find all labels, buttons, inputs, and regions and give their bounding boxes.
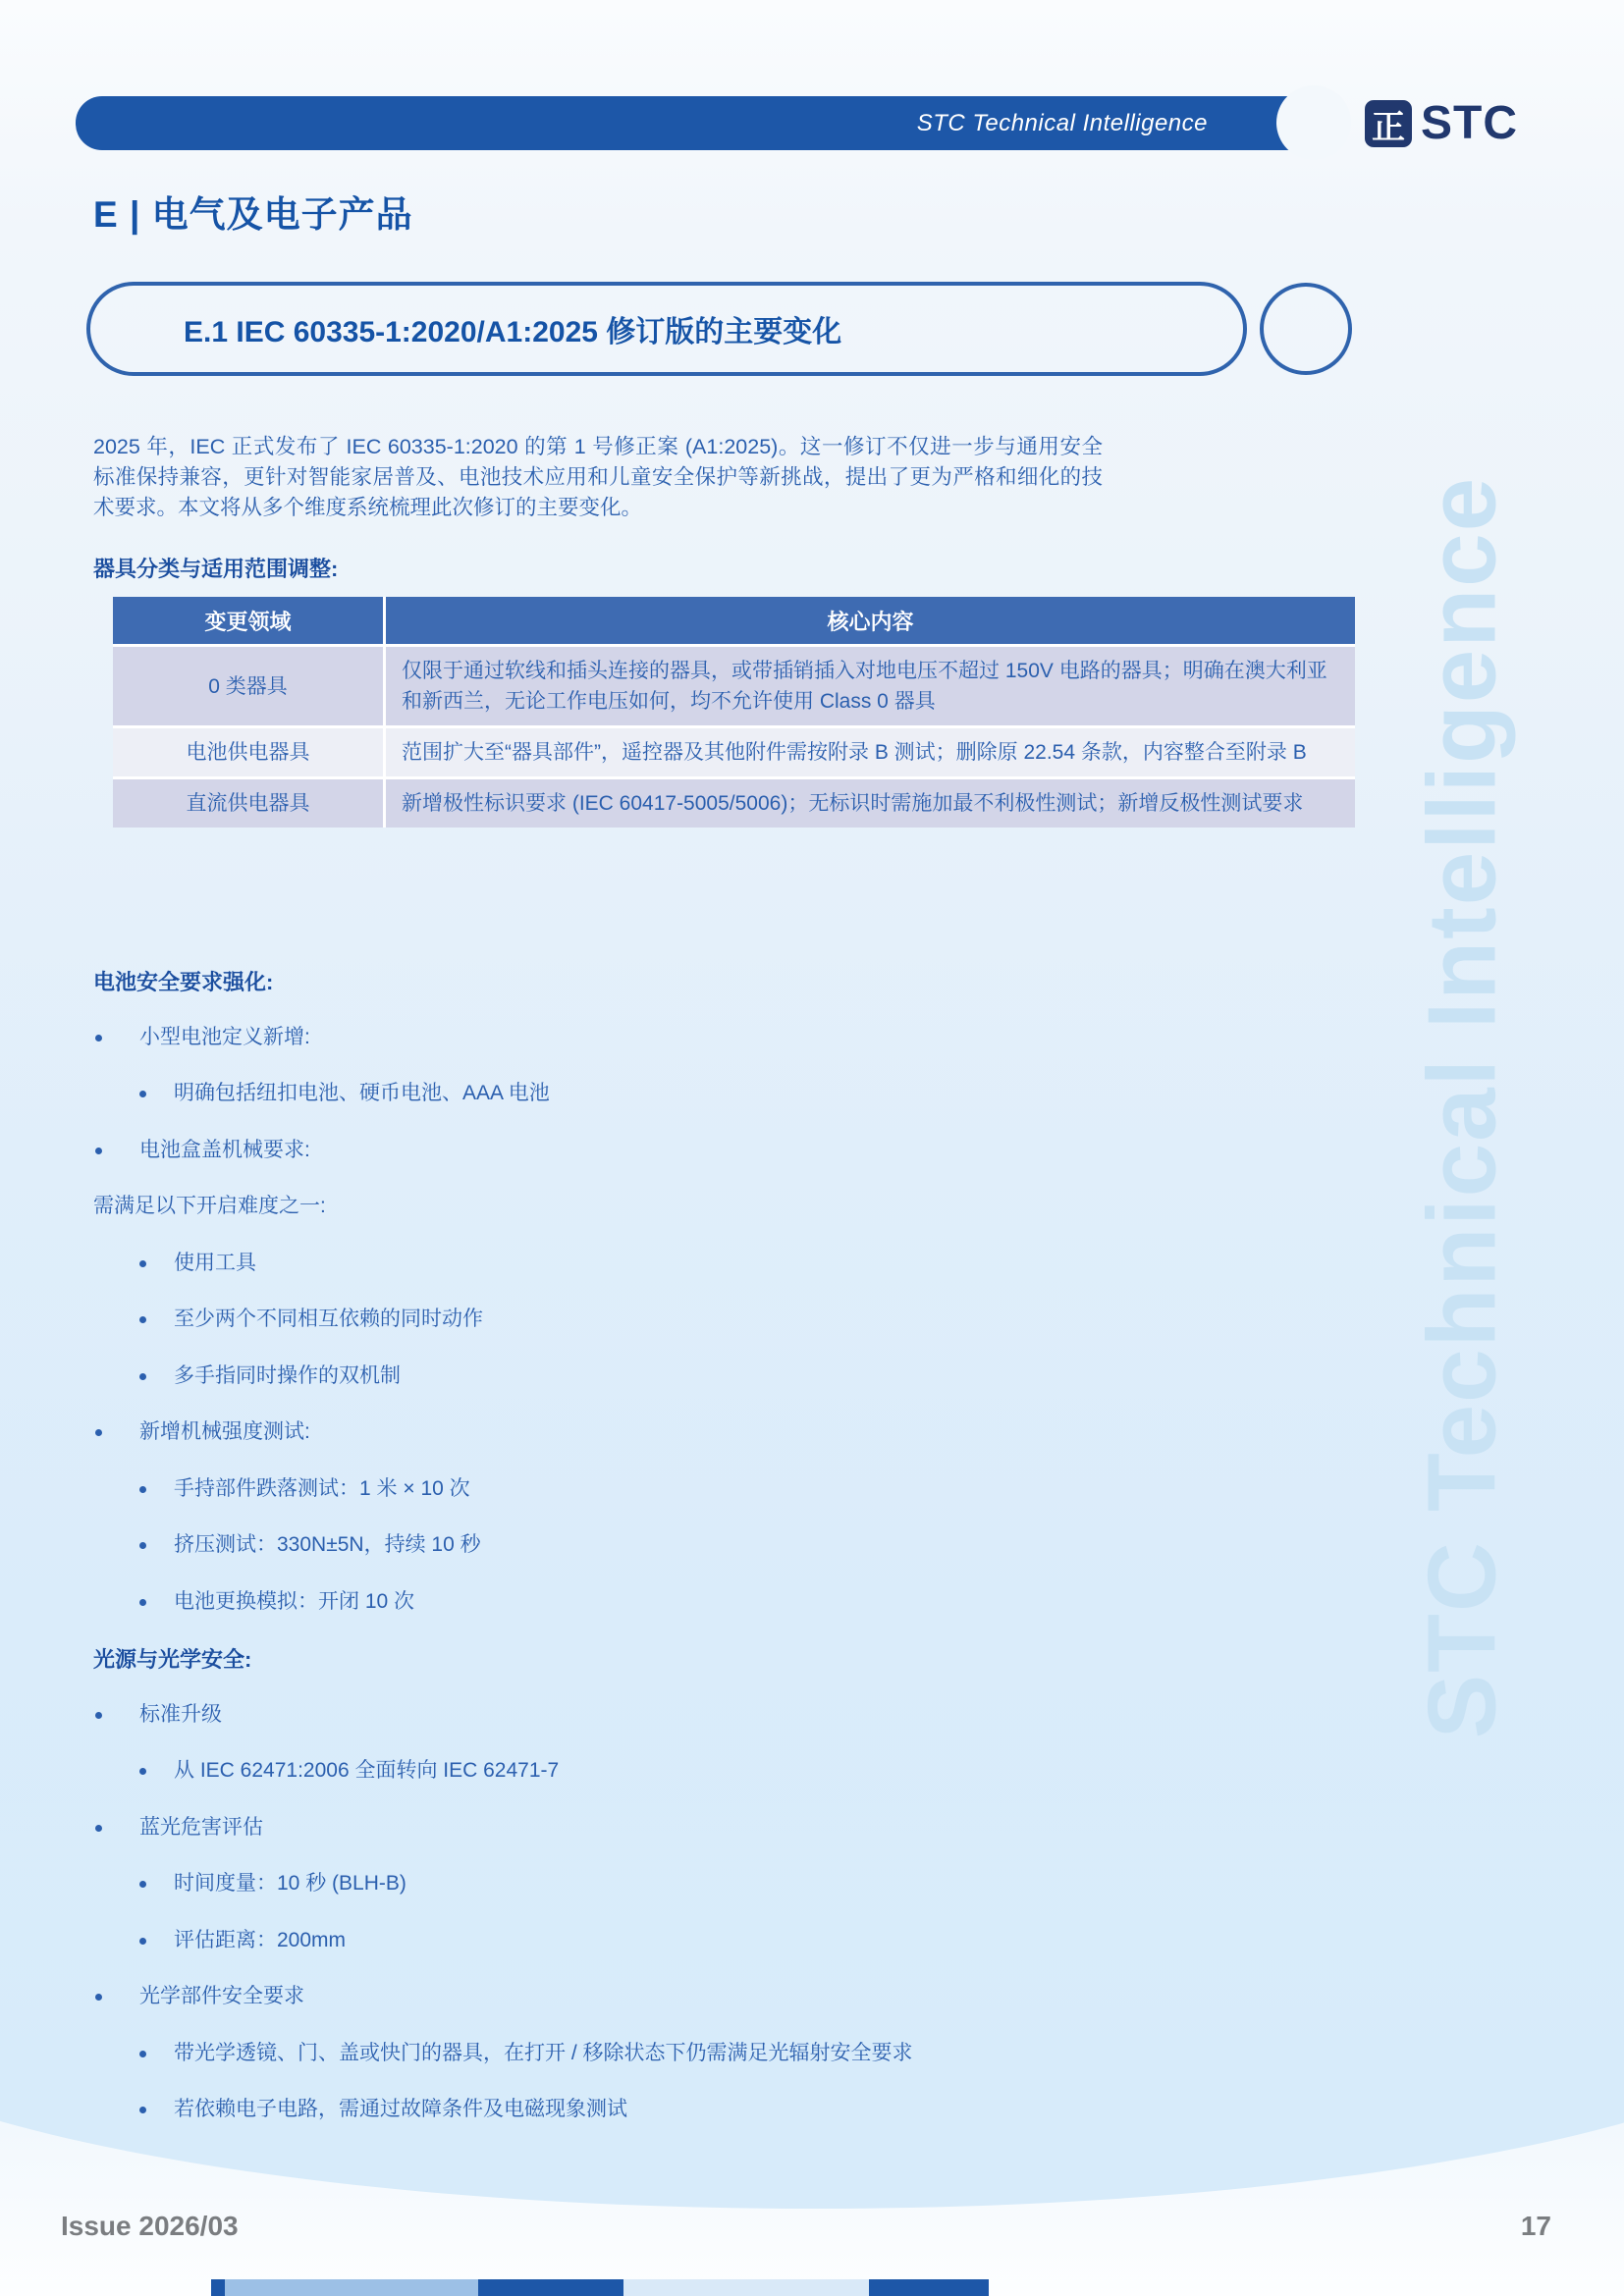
list-item-text: 电池更换模拟：开闭 10 次 (174, 1587, 414, 1617)
table-row-content: 新增极性标识要求 (IEC 60417-5005/5006)；无标识时需施加最不… (386, 779, 1355, 828)
list-item: 带光学透镜、门、盖或快门的器具，在打开 / 移除状态下仍需满足光辐射安全要求 (93, 2039, 1222, 2096)
list-item-text: 蓝光危害评估 (139, 1813, 263, 1842)
table-caption: 器具分类与适用范围调整: (93, 553, 338, 583)
bullet-icon (139, 1599, 146, 1606)
bullet-icon (139, 1316, 146, 1323)
list-item: 从 IEC 62471:2006 全面转向 IEC 62471-7 (93, 1756, 1222, 1813)
footer-page-number: 17 (1521, 2211, 1551, 2242)
bullet-icon (95, 1825, 102, 1832)
section-label: 光源与光学安全: (93, 1643, 251, 1674)
list-item-text: 明确包括纽扣电池、硬币电池、AAA 电池 (174, 1079, 550, 1108)
table-header-area: 变更领域 (113, 597, 383, 644)
bullet-icon (139, 1881, 146, 1888)
list-item: 挤压测试：330N±5N，持续 10 秒 (93, 1530, 1222, 1587)
header-bar-title: STC Technical Intelligence (917, 110, 1208, 137)
bullet-icon (95, 1035, 102, 1041)
bullet-icon (95, 1712, 102, 1719)
list-item-text: 电池盒盖机械要求: (139, 1136, 310, 1165)
table-row-area: 电池供电器具 (113, 728, 383, 776)
bullet-icon (95, 1148, 102, 1154)
list-item-text: 新增机械强度测试: (139, 1417, 310, 1447)
list-item: 新增机械强度测试: (93, 1417, 1222, 1474)
stc-logo-icon: 正 (1365, 100, 1412, 147)
header-bar-notch (1276, 85, 1351, 160)
changes-table: 变更领域 核心内容 0 类器具 仅限于通过软线和插头连接的器具，或带插销插入对地… (113, 597, 1355, 828)
list-item-text: 时间度量：10 秒 (BLH-B) (174, 1869, 406, 1898)
list-item: 电池更换模拟：开闭 10 次 (93, 1587, 1222, 1644)
list-item: 需满足以下开启难度之一: (93, 1192, 1222, 1249)
bullet-lists: 电池安全要求强化: 小型电池定义新增: 明确包括纽扣电池、硬币电池、AAA 电池… (93, 966, 1222, 2152)
section-heading-pill: E.1 IEC 60335-1:2020/A1:2025 修订版的主要变化 (86, 282, 1247, 376)
list-item-text: 使用工具 (174, 1249, 256, 1278)
intro-paragraph: 2025 年，IEC 正式发布了 IEC 60335-1:2020 的第 1 号… (93, 432, 1103, 523)
section-label: 电池安全要求强化: (93, 966, 273, 996)
list-item-text: 需满足以下开启难度之一: (93, 1192, 326, 1221)
list-item: 蓝光危害评估 (93, 1813, 1222, 1870)
list-item-text: 挤压测试：330N±5N，持续 10 秒 (174, 1530, 481, 1560)
section-heading: E.1 IEC 60335-1:2020/A1:2025 修订版的主要变化 (184, 307, 841, 350)
bullet-icon (139, 2051, 146, 2057)
document-page: STC Technical Intelligence STC Technical… (0, 0, 1624, 2296)
list-item-text: 至少两个不同相互依赖的同时动作 (174, 1305, 483, 1334)
list-item-text: 标准升级 (139, 1700, 222, 1730)
bullet-icon (139, 1768, 146, 1775)
list-item: 评估距离：200mm (93, 1926, 1222, 1983)
list-item-text: 多手指同时操作的双机制 (174, 1362, 401, 1391)
list-item-text: 带光学透镜、门、盖或快门的器具，在打开 / 移除状态下仍需满足光辐射安全要求 (174, 2039, 913, 2068)
list-item-text: 光学部件安全要求 (139, 1982, 304, 2011)
section-label-row: 光源与光学安全: (93, 1643, 1222, 1700)
bullet-icon (139, 1542, 146, 1549)
table-header-content: 核心内容 (386, 597, 1355, 644)
table-row-area: 0 类器具 (113, 647, 383, 725)
bullet-icon (95, 1429, 102, 1436)
bullet-icon (95, 1994, 102, 2001)
list-item: 使用工具 (93, 1249, 1222, 1306)
decorative-circle (1260, 283, 1352, 375)
bottom-decoration-segment (225, 2279, 478, 2296)
table-row-content: 仅限于通过软线和插头连接的器具，或带插销插入对地电压不超过 150V 电路的器具… (386, 647, 1355, 725)
section-label-row: 电池安全要求强化: (93, 966, 1222, 1023)
list-item: 标准升级 (93, 1700, 1222, 1757)
list-item-text: 从 IEC 62471:2006 全面转向 IEC 62471-7 (174, 1756, 559, 1786)
stc-logo-text: STC (1421, 100, 1518, 147)
stc-logo: 正 STC (1365, 97, 1518, 150)
list-item: 明确包括纽扣电池、硬币电池、AAA 电池 (93, 1079, 1222, 1136)
list-item-text: 若依赖电子电路，需通过故障条件及电磁现象测试 (174, 2095, 627, 2124)
bottom-decoration (211, 2279, 989, 2296)
list-item: 时间度量：10 秒 (BLH-B) (93, 1869, 1222, 1926)
page-title: E | 电气及电子产品 (93, 185, 413, 238)
bottom-decoration-segment (623, 2279, 869, 2296)
header-bar: STC Technical Intelligence (76, 96, 1294, 150)
list-item: 多手指同时操作的双机制 (93, 1362, 1222, 1418)
list-item: 光学部件安全要求 (93, 1982, 1222, 2039)
list-item: 电池盒盖机械要求: (93, 1136, 1222, 1193)
footer-issue: Issue 2026/03 (61, 2211, 239, 2242)
list-item: 小型电池定义新增: (93, 1023, 1222, 1080)
watermark-text: STC Technical Intelligence (1407, 476, 1518, 1738)
bullet-icon (139, 1260, 146, 1267)
bullet-icon (139, 1486, 146, 1493)
list-item-text: 小型电池定义新增: (139, 1023, 310, 1052)
list-item: 若依赖电子电路，需通过故障条件及电磁现象测试 (93, 2095, 1222, 2152)
list-item-text: 评估距离：200mm (174, 1926, 346, 1955)
bullet-icon (139, 1373, 146, 1380)
list-item: 至少两个不同相互依赖的同时动作 (93, 1305, 1222, 1362)
list-item: 手持部件跌落测试：1 米 × 10 次 (93, 1474, 1222, 1531)
table-row-content: 范围扩大至“器具部件”，遥控器及其他附件需按附录 B 测试；删除原 22.54 … (386, 728, 1355, 776)
bullet-icon (139, 1091, 146, 1097)
bullet-icon (139, 1938, 146, 1945)
list-item-text: 手持部件跌落测试：1 米 × 10 次 (174, 1474, 470, 1504)
table-row-area: 直流供电器具 (113, 779, 383, 828)
bullet-icon (139, 2107, 146, 2113)
